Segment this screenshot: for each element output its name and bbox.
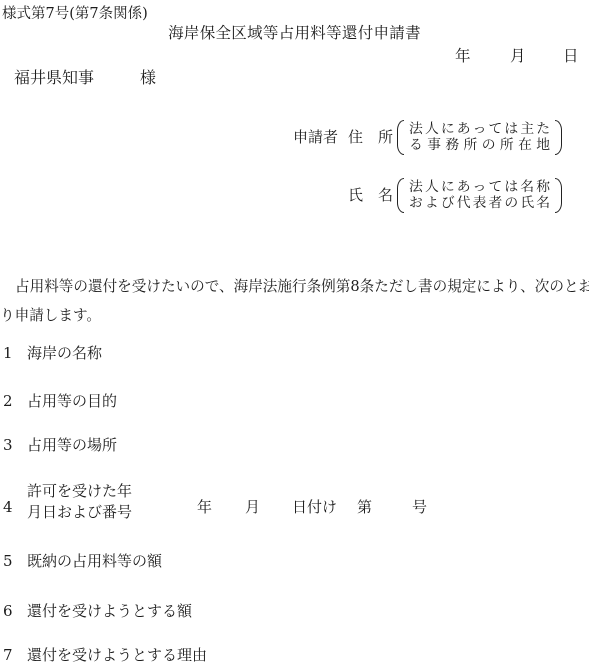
date-year-label: 年 [455, 44, 471, 66]
applicant-address-row: 申請者 住 所 法人にあっては主た る事務所の所在地 [293, 118, 562, 156]
item-label: 許可を受けた年 月日および番号 [27, 481, 132, 523]
name-note: 法人にあっては名称 および代表者の氏名 [397, 178, 562, 213]
item4-label-line2: 月日および番号 [27, 502, 132, 523]
item-number: 1 [3, 344, 27, 362]
address-note-line2: る事務所の所在地 [409, 137, 550, 153]
page-title: 海岸保全区域等占用料等還付申請書 [0, 21, 589, 43]
body-line-1: 占用料等の還付を受けたいので、海岸法施行条例第8条ただし書の規定により、次のとお [0, 272, 589, 301]
item-number: 4 [3, 498, 13, 516]
right-bracket-icon [555, 178, 562, 213]
address-note-line1: 法人にあっては主た [409, 121, 550, 137]
form-number: 様式第7号(第7条関係) [2, 2, 148, 23]
permit-no-suffix-label: 号 [412, 496, 427, 517]
item-row-5: 5既納の占用料等の額 [3, 552, 162, 570]
name-note-text: 法人にあっては名称 および代表者の氏名 [409, 179, 550, 211]
applicant-name-row: 氏 名 法人にあっては名称 および代表者の氏名 [348, 176, 562, 214]
refund-application-form: 様式第7号(第7条関係) 海岸保全区域等占用料等還付申請書 年 月 日 福井県知… [0, 0, 589, 663]
item-row-6: 6還付を受けようとする額 [3, 602, 192, 620]
address-note: 法人にあっては主た る事務所の所在地 [397, 120, 562, 155]
address-label-char2: 所 [378, 128, 393, 146]
item-label: 還付を受けようとする理由 [27, 646, 207, 663]
left-bracket-icon [397, 120, 404, 155]
item-row-7: 7還付を受けようとする理由 [3, 646, 207, 663]
permit-no-prefix-label: 第 [357, 496, 372, 517]
item-label: 還付を受けようとする額 [27, 602, 192, 620]
item-number: 2 [3, 392, 27, 410]
right-bracket-icon [555, 120, 562, 155]
item-label: 既納の占用料等の額 [27, 552, 162, 570]
date-day-label: 日 [563, 44, 579, 66]
item-label: 海岸の名称 [27, 344, 102, 362]
item4-label-line1: 許可を受けた年 [27, 481, 132, 502]
item-number: 3 [3, 436, 27, 454]
body-line-2: り申請します。 [0, 301, 589, 330]
addressee-line: 福井県知事 様 [0, 65, 589, 85]
item-row-1: 1海岸の名称 [3, 344, 102, 362]
address-note-text: 法人にあっては主た る事務所の所在地 [409, 121, 550, 153]
item-number: 6 [3, 602, 27, 620]
applicant-label: 申請者 [293, 128, 338, 146]
item-row-3: 3占用等の場所 [3, 436, 117, 454]
name-label-char1: 氏 [348, 186, 363, 204]
date-line: 年 月 日 [0, 44, 589, 64]
left-bracket-icon [397, 178, 404, 213]
permit-year-label: 年 [197, 496, 212, 517]
item-label: 占用等の場所 [27, 436, 117, 454]
item-row-2: 2占用等の目的 [3, 392, 117, 410]
item-number: 7 [3, 646, 27, 663]
permit-month-label: 月 [245, 496, 260, 517]
name-label-char2: 名 [378, 186, 393, 204]
name-note-line1: 法人にあっては名称 [409, 179, 550, 195]
body-paragraph: 占用料等の還付を受けたいので、海岸法施行条例第8条ただし書の規定により、次のとお… [0, 272, 589, 330]
item-number: 5 [3, 552, 27, 570]
date-month-label: 月 [510, 44, 526, 66]
name-note-line2: および代表者の氏名 [409, 195, 550, 211]
permit-day-label: 日付け [292, 496, 337, 517]
address-label-char1: 住 [348, 128, 363, 146]
item-label: 占用等の目的 [27, 392, 117, 410]
addressee: 福井県知事 [14, 65, 94, 88]
honorific-label: 様 [140, 65, 156, 88]
